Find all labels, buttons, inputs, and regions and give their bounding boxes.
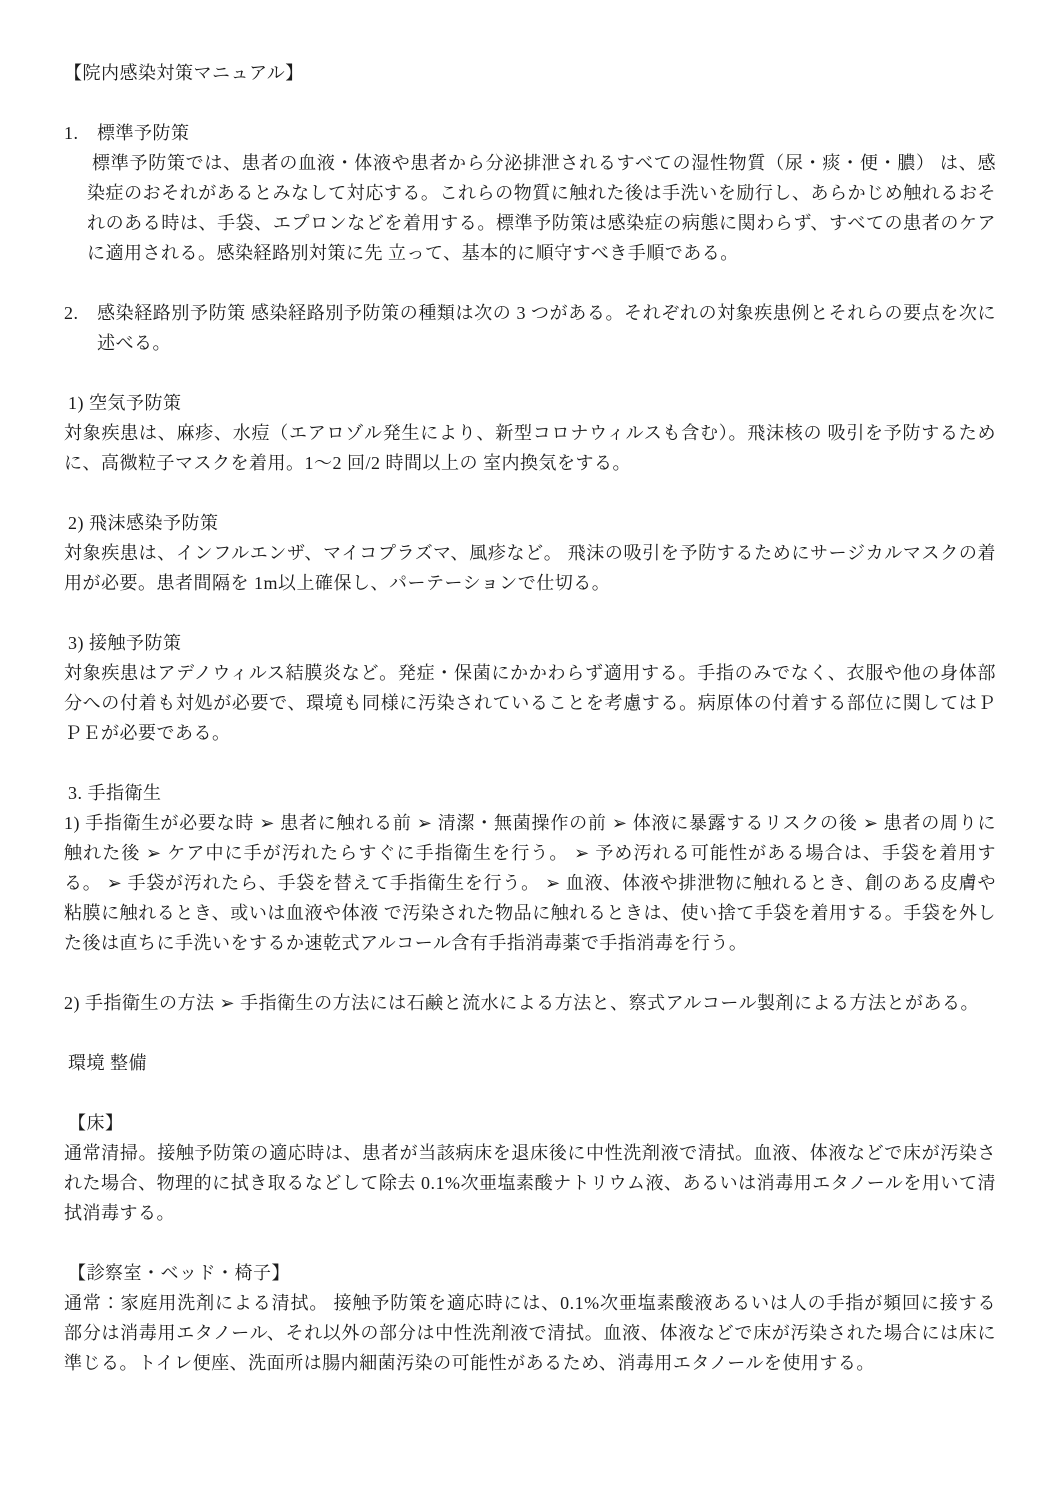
document-title: 【院内感染対策マニュアル】: [64, 58, 996, 88]
section-2-number: 2.: [64, 298, 79, 328]
floor-body: 通常清掃。接触予防策の適応時は、患者が当該病床を退床後に中性洗剤液で清拭。血液、…: [64, 1138, 996, 1228]
subsection-droplet-precautions: 2) 飛沫感染予防策 対象疾患は、インフルエンザ、マイコプラズマ、風疹など。 飛…: [64, 508, 996, 598]
airborne-heading: 1) 空気予防策: [64, 388, 996, 418]
hand-hygiene-method: 2) 手指衛生の方法 ➢ 手指衛生の方法には石鹸と流水による方法と、察式アルコー…: [64, 988, 996, 1018]
exam-room-heading: 【診察室・ベッド・椅子】: [64, 1258, 996, 1288]
environment-heading: 環境 整備: [64, 1048, 996, 1078]
section-route-precautions: 2. 感染経路別予防策 感染経路別予防策の種類は次の 3 つがある。それぞれの対…: [64, 298, 996, 358]
section-1-number: 1.: [64, 118, 97, 148]
section-hand-hygiene: 3. 手指衛生 1) 手指衛生が必要な時 ➢ 患者に触れる前 ➢ 清潔・無菌操作…: [64, 778, 996, 1018]
section-1-body: 標準予防策では、患者の血液・体液や患者から分泌排泄されるすべての湿性物質（尿・痰…: [87, 148, 996, 268]
subsection-exam-room-bed-chair: 【診察室・ベッド・椅子】 通常：家庭用洗剤による清拭。 接触予防策を適応時には、…: [64, 1258, 996, 1378]
document-page: 【院内感染対策マニュアル】 1. 標準予防策 標準予防策では、患者の血液・体液や…: [0, 0, 1058, 1497]
contact-body: 対象疾患はアデノウィルス結膜炎など。発症・保菌にかかわらず適用する。手指のみでな…: [64, 658, 996, 748]
section-1-heading-line: 1. 標準予防策: [64, 118, 996, 148]
subsection-floor: 【床】 通常清掃。接触予防策の適応時は、患者が当該病床を退床後に中性洗剤液で清拭…: [64, 1108, 996, 1228]
airborne-body: 対象疾患は、麻疹、水痘（エアロゾル発生により、新型コロナウィルスも含む）。飛沫核…: [64, 418, 996, 478]
droplet-heading: 2) 飛沫感染予防策: [64, 508, 996, 538]
floor-heading: 【床】: [64, 1108, 996, 1138]
contact-heading: 3) 接触予防策: [64, 628, 996, 658]
section-standard-precautions: 1. 標準予防策 標準予防策では、患者の血液・体液や患者から分泌排泄されるすべて…: [64, 118, 996, 268]
section-2-body: 感染経路別予防策 感染経路別予防策の種類は次の 3 つがある。それぞれの対象疾患…: [97, 298, 996, 358]
hand-hygiene-heading: 3. 手指衛生: [64, 778, 996, 808]
hand-hygiene-when: 1) 手指衛生が必要な時 ➢ 患者に触れる前 ➢ 清潔・無菌操作の前 ➢ 体液に…: [64, 808, 996, 958]
subsection-contact-precautions: 3) 接触予防策 対象疾患はアデノウィルス結膜炎など。発症・保菌にかかわらず適用…: [64, 628, 996, 748]
exam-room-body: 通常：家庭用洗剤による清拭。 接触予防策を適応時には、0.1%次亜塩素酸液あるい…: [64, 1288, 996, 1378]
section-1-heading: 標準予防策: [97, 118, 190, 148]
subsection-airborne-precautions: 1) 空気予防策 対象疾患は、麻疹、水痘（エアロゾル発生により、新型コロナウィル…: [64, 388, 996, 478]
droplet-body: 対象疾患は、インフルエンザ、マイコプラズマ、風疹など。 飛沫の吸引を予防するため…: [64, 538, 996, 598]
section-environment: 環境 整備: [64, 1048, 996, 1078]
